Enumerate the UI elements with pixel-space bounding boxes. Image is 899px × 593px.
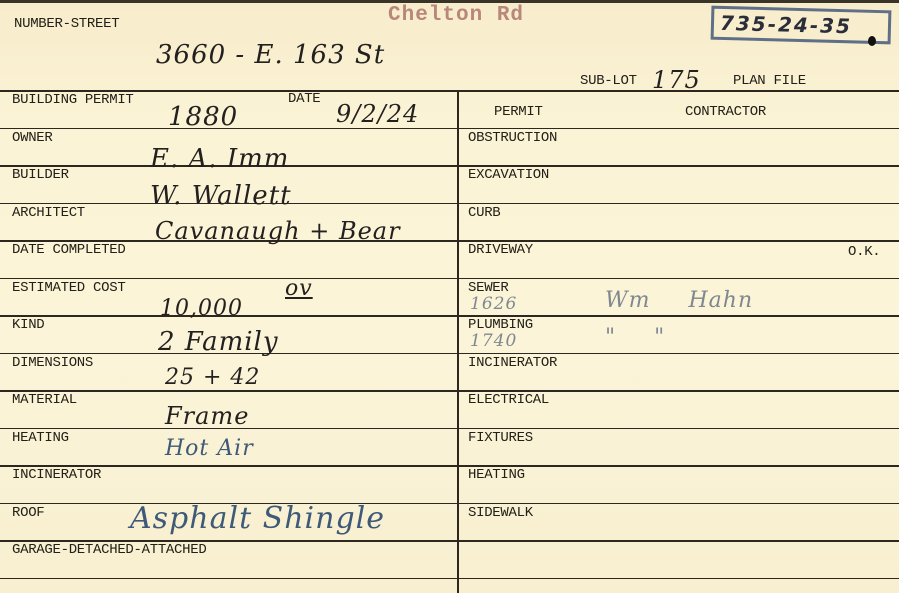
contractor-column-header: CONTRACTOR bbox=[685, 104, 766, 120]
contractor-sewer: Wm Hahn bbox=[605, 288, 753, 313]
permit-label-obstruction: OBSTRUCTION bbox=[468, 130, 557, 146]
permit-label-excavation: EXCAVATION bbox=[468, 167, 549, 183]
permit-label-driveway: DRIVEWAY bbox=[468, 242, 533, 258]
field-value-architect: Cavanaugh + Bear bbox=[155, 217, 401, 245]
field-label-owner: OWNER bbox=[12, 130, 53, 146]
ruled-line bbox=[0, 390, 899, 392]
ruled-line bbox=[0, 90, 899, 92]
ruled-line bbox=[0, 315, 899, 317]
field-value-heating: Hot Air bbox=[165, 436, 254, 461]
permit-label-incinerator: INCINERATOR bbox=[468, 355, 557, 371]
permit-label-fixtures: FIXTURES bbox=[468, 430, 533, 446]
cost-note: ov bbox=[285, 276, 313, 301]
field-label-architect: ARCHITECT bbox=[12, 205, 85, 221]
field-label-kind: KIND bbox=[12, 317, 44, 333]
date-label: DATE bbox=[288, 91, 320, 107]
contractor-plumbing: " " bbox=[605, 325, 665, 350]
status-driveway: O.K. bbox=[848, 244, 880, 260]
field-label-heating: HEATING bbox=[12, 430, 69, 446]
field-value-roof: Asphalt Shingle bbox=[130, 501, 385, 536]
ruled-line bbox=[0, 353, 899, 355]
permit-label-heating: HEATING bbox=[468, 467, 525, 483]
field-label-material: MATERIAL bbox=[12, 392, 77, 408]
address-handwritten: 3660 - E. 163 St bbox=[156, 40, 385, 70]
ruled-line bbox=[0, 240, 899, 242]
field-label-garage-detached-attached: GARAGE-DETACHED-ATTACHED bbox=[12, 542, 206, 558]
permit-number-plumbing: 1740 bbox=[470, 331, 517, 351]
ruled-line bbox=[0, 203, 899, 205]
ruled-line bbox=[0, 165, 899, 167]
plan-file-label: PLAN FILE bbox=[733, 73, 806, 89]
permit-number-sewer: 1626 bbox=[470, 294, 517, 314]
field-value-builder: W. Wallett bbox=[150, 181, 292, 211]
field-label-dimensions: DIMENSIONS bbox=[12, 355, 93, 371]
field-label-date-completed: DATE COMPLETED bbox=[12, 242, 125, 258]
field-label-builder: BUILDER bbox=[12, 167, 69, 183]
file-number-stamp: 735-24-35 bbox=[711, 6, 892, 45]
permit-card: NUMBER-STREET Chelton Rd 735-24-35 3660 … bbox=[0, 0, 899, 593]
number-street-label: NUMBER-STREET bbox=[14, 16, 119, 32]
ruled-line bbox=[0, 578, 899, 580]
permit-label-curb: CURB bbox=[468, 205, 500, 221]
field-value-owner: E. A. Imm bbox=[150, 144, 289, 174]
date-value: 9/2/24 bbox=[336, 100, 419, 128]
field-value-building-permit: 1880 bbox=[168, 102, 238, 132]
column-divider bbox=[457, 90, 459, 593]
ink-blot bbox=[868, 36, 876, 46]
permit-label-electrical: ELECTRICAL bbox=[468, 392, 549, 408]
field-label-roof: ROOF bbox=[12, 505, 44, 521]
ruled-line bbox=[0, 128, 899, 130]
sub-lot-label: SUB-LOT bbox=[580, 73, 637, 89]
field-label-building-permit: BUILDING PERMIT bbox=[12, 92, 134, 108]
field-value-dimensions: 25 + 42 bbox=[165, 365, 260, 390]
street-name-stamp: Chelton Rd bbox=[388, 4, 524, 27]
field-label-incinerator: INCINERATOR bbox=[12, 467, 101, 483]
ruled-line bbox=[0, 428, 899, 430]
field-value-estimated-cost: 10,000 bbox=[160, 296, 243, 321]
field-value-kind: 2 Family bbox=[158, 327, 279, 357]
field-label-estimated-cost: ESTIMATED COST bbox=[12, 280, 125, 296]
ruled-line bbox=[0, 465, 899, 467]
ruled-line bbox=[0, 278, 899, 280]
card-top-edge bbox=[0, 0, 899, 3]
permit-label-sidewalk: SIDEWALK bbox=[468, 505, 533, 521]
permit-column-header: PERMIT bbox=[494, 104, 543, 120]
field-value-material: Frame bbox=[165, 402, 249, 430]
